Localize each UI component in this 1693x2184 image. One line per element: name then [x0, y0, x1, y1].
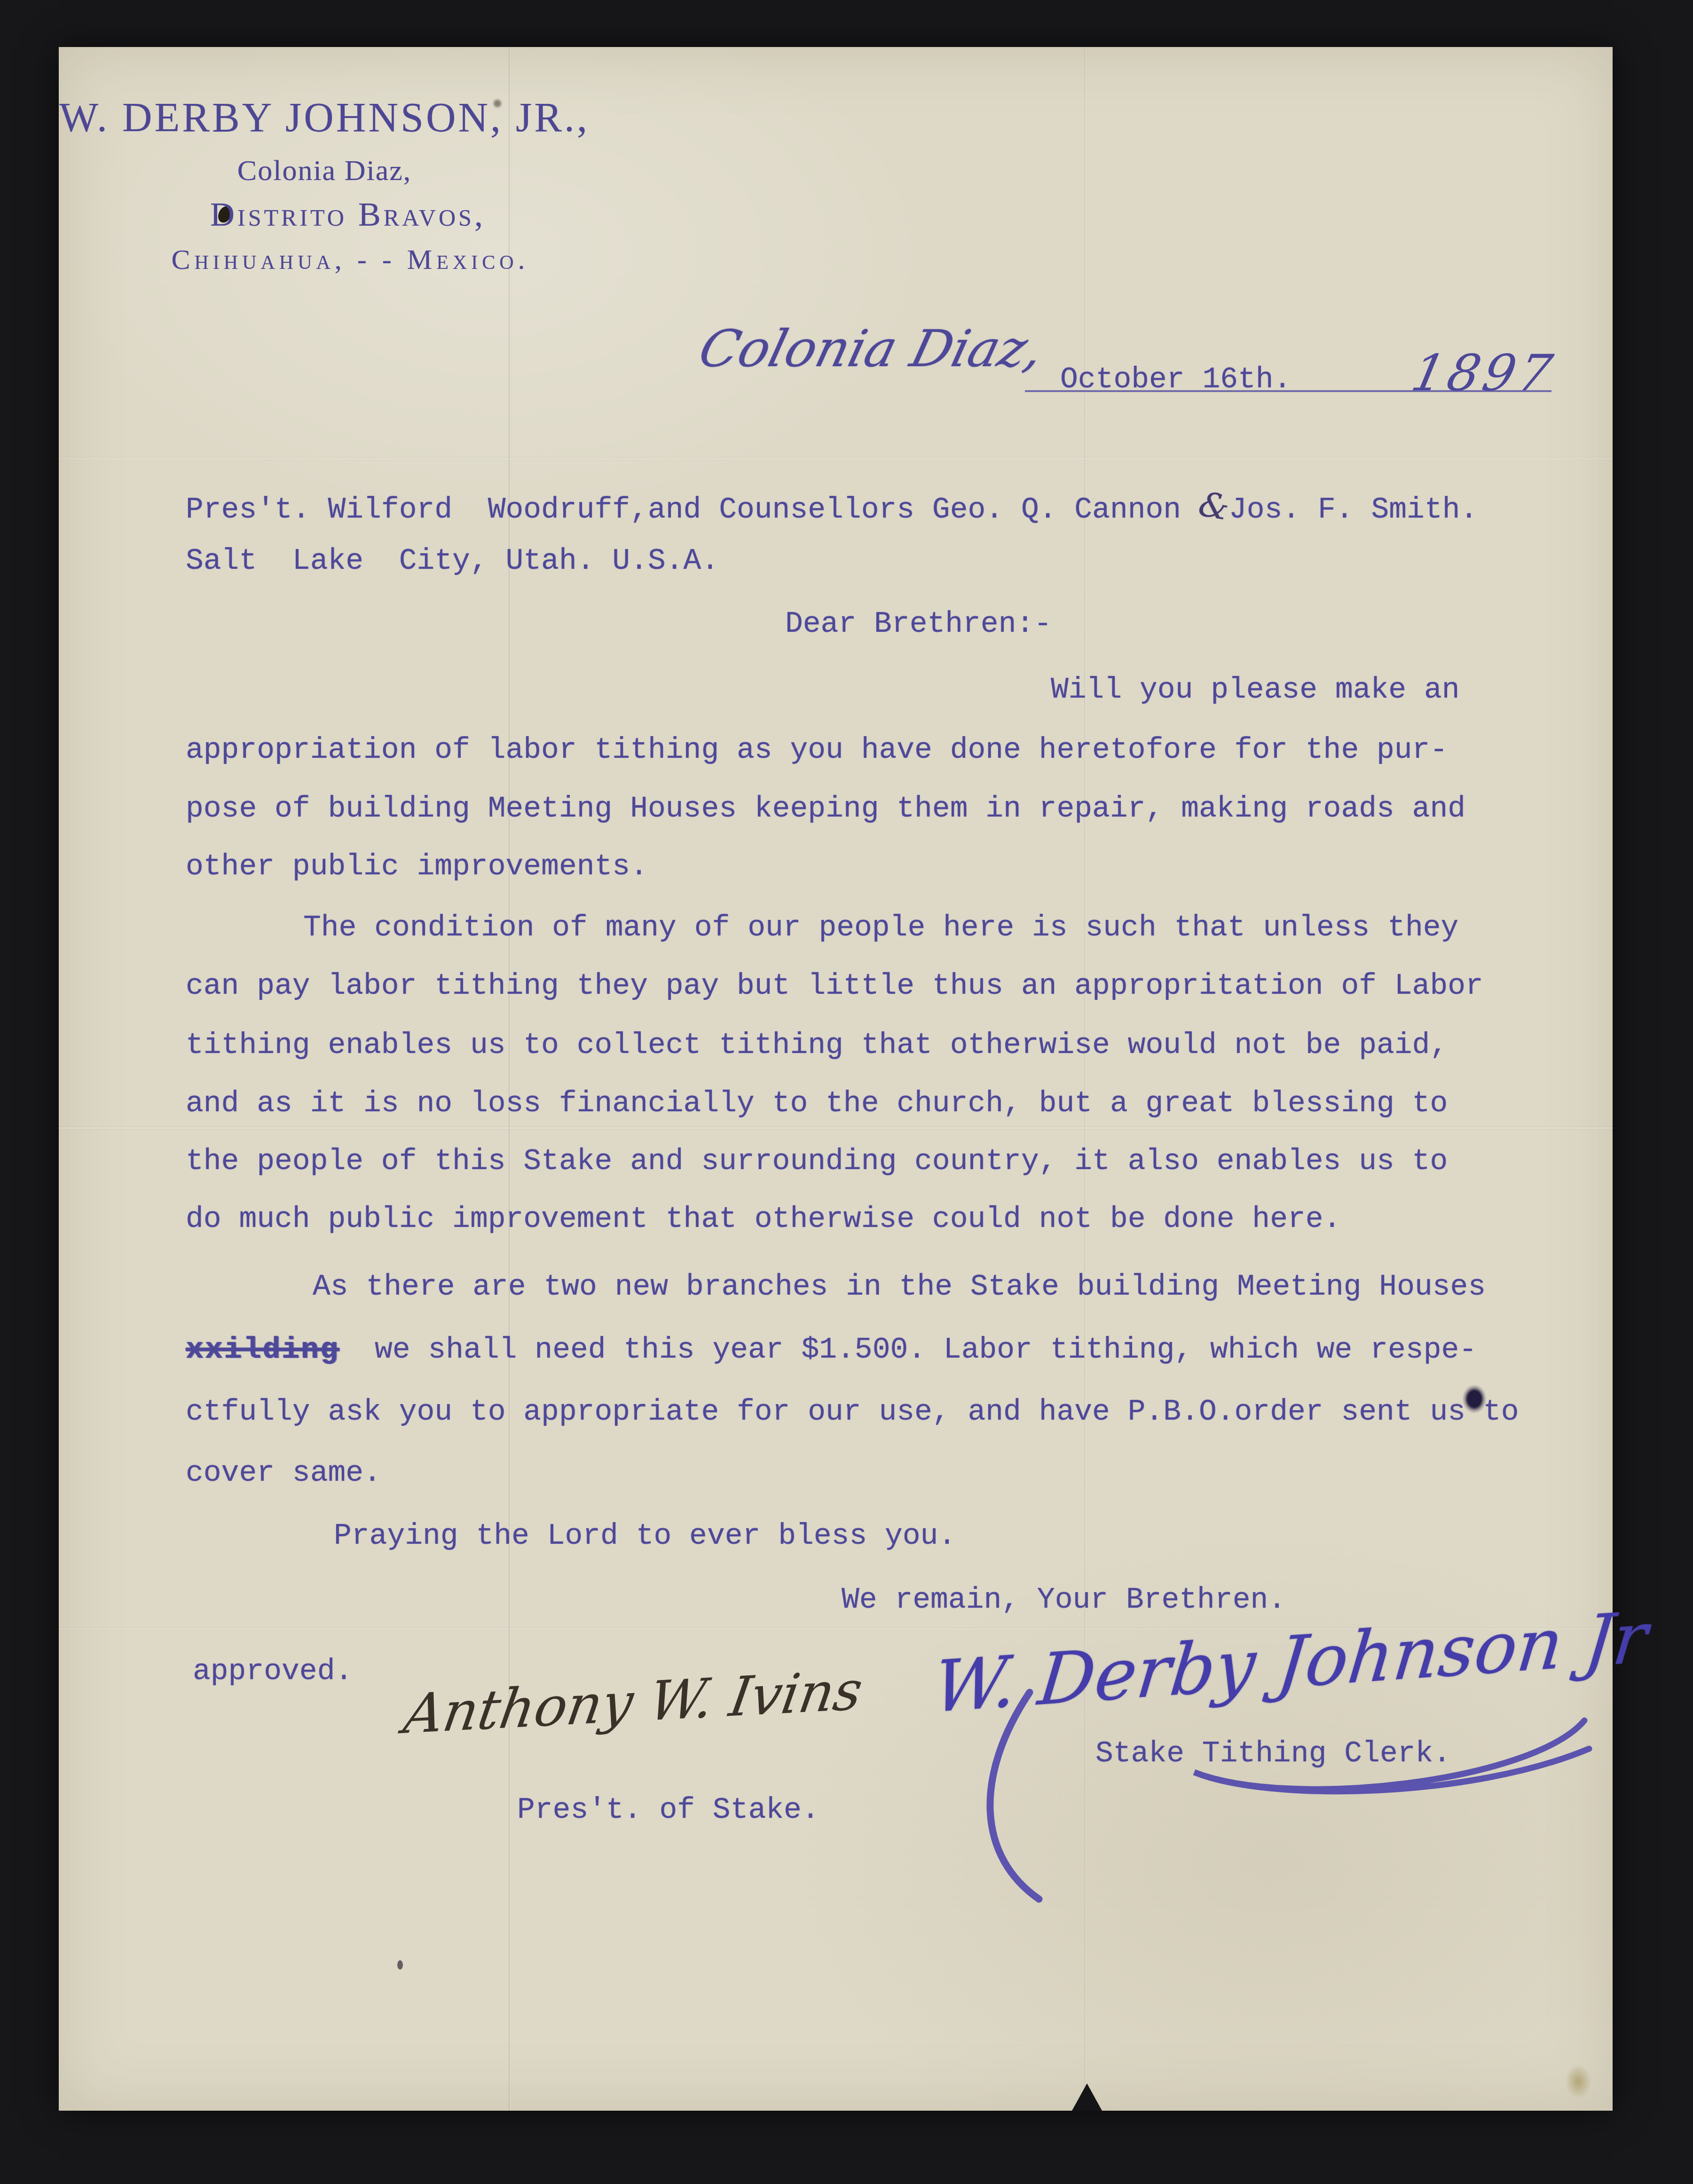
typed-text: the people of this Stake and surrounding…: [186, 1145, 1448, 1178]
johnson-signature-flourish: [929, 1636, 1634, 1941]
paper-fleck: [397, 1960, 403, 1970]
typed-text: can pay labor tithing they pay but littl…: [186, 969, 1483, 1003]
typed-text: We remain, Your Brethren.: [842, 1583, 1286, 1617]
typed-text: Jos. F. Smith.: [1229, 493, 1478, 526]
typed-text: do much public improvement that otherwis…: [186, 1202, 1341, 1236]
ivins-signature: Anthony W. Ivins: [400, 1659, 867, 1746]
dateline-year: 1897: [1407, 344, 1561, 402]
ivins-title-line: Pres't. of Stake.: [517, 1793, 819, 1827]
body-line: the people of this Stake and surrounding…: [186, 1145, 1448, 1178]
body-line: other public improvements.: [186, 850, 648, 884]
body-line: ctfully ask you to appropriate for our u…: [186, 1395, 1519, 1429]
body-line: pose of building Meeting Houses keeping …: [186, 792, 1465, 826]
body-line: Will you please make an: [1051, 673, 1460, 707]
typed-text: Salt Lake City, Utah. U.S.A.: [186, 544, 719, 578]
body-line: appropriation of labor tithing as you ha…: [186, 733, 1448, 767]
typed-text: Will you please make an: [1051, 673, 1460, 707]
typed-text: Pres't. of Stake.: [517, 1793, 819, 1827]
approved-label: approved.: [193, 1655, 353, 1689]
vertical-fold-crease: [508, 47, 512, 2111]
typed-text: Pres't. Wilford Woodruff,and Counsellors…: [186, 493, 1199, 526]
dateline-typed-date: October 16th.: [1060, 363, 1291, 397]
struck-out-word: xxilding: [186, 1333, 339, 1367]
closing-line: We remain, Your Brethren.: [842, 1583, 1286, 1617]
body-line: cover same.: [186, 1456, 381, 1490]
letterhead-colonia-diaz: Colonia Diaz,: [237, 154, 411, 188]
handwritten-ampersand: &: [1196, 484, 1232, 528]
scan-background: { "theme": { "background": "#17171a", "p…: [0, 0, 1693, 2184]
typed-text: we shall need this year $1.500. Labor ti…: [339, 1333, 1477, 1367]
typed-text: and as it is no loss financially to the …: [186, 1087, 1448, 1120]
typed-text: cover same.: [186, 1456, 381, 1490]
dateline-place-script: Colonia Diaz,: [693, 320, 1049, 378]
body-line: As there are two new branches in the Sta…: [313, 1270, 1486, 1304]
typed-text: The condition of many of our people here…: [303, 911, 1458, 944]
letterhead-distrito-bravos: Distrito Bravos,: [210, 195, 486, 234]
typed-text: As there are two new branches in the Sta…: [313, 1270, 1486, 1304]
body-line: Praying the Lord to ever bless you.: [334, 1519, 956, 1553]
letter-paper: W. DERBY JOHNSON, JR., Colonia Diaz, Dis…: [59, 47, 1613, 2111]
horizontal-fold-crease: [59, 1126, 1613, 1130]
horizontal-fold-crease: [59, 457, 1613, 460]
body-line: and as it is no loss financially to the …: [186, 1087, 1448, 1121]
letterhead-chihuahua-mexico: Chihuahua, - - Mexico.: [172, 244, 529, 276]
letterhead-name: W. DERBY JOHNSON, JR.,: [59, 94, 590, 141]
address-line-2: Salt Lake City, Utah. U.S.A.: [186, 544, 719, 578]
paper-stain: [1561, 2059, 1596, 2104]
body-line: can pay labor tithing they pay but littl…: [186, 969, 1483, 1003]
body-line: do much public improvement that otherwis…: [186, 1202, 1341, 1236]
typed-text: pose of building Meeting Houses keeping …: [186, 792, 1465, 825]
body-line: xxilding we shall need this year $1.500.…: [186, 1333, 1477, 1367]
body-line: tithing enables us to collect tithing th…: [186, 1029, 1448, 1062]
address-line-1: Pres't. Wilford Woodruff,and Counsellors…: [186, 487, 1478, 527]
body-line: The condition of many of our people here…: [303, 911, 1458, 945]
typed-text: other public improvements.: [186, 850, 648, 883]
typed-text: approved.: [193, 1655, 353, 1688]
typed-text: ctfully ask you to appropriate for our u…: [186, 1395, 1519, 1429]
paper-tear: [1072, 2083, 1102, 2111]
salutation: Dear Brethren:-: [785, 607, 1052, 641]
typed-text: Dear Brethren:-: [785, 607, 1052, 641]
typed-text: appropriation of labor tithing as you ha…: [186, 733, 1448, 767]
typed-text: tithing enables us to collect tithing th…: [186, 1029, 1448, 1062]
typed-text: Praying the Lord to ever bless you.: [334, 1519, 956, 1553]
